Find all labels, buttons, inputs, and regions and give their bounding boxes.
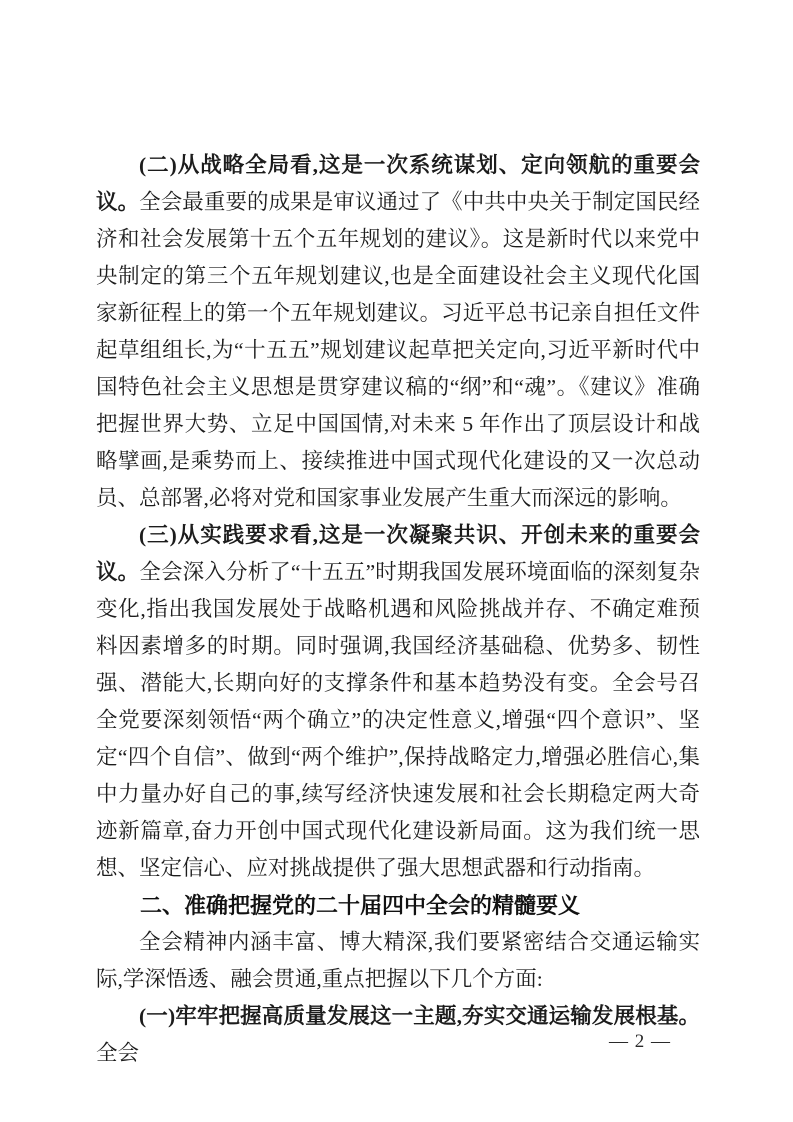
document-body: (二)从战略全局看,这是一次系统谋划、定向领航的重要会议。全会最重要的成果是审议… [96,147,700,1072]
document-page: (二)从战略全局看,这是一次系统谋划、定向领航的重要会议。全会最重要的成果是审议… [0,0,793,1122]
paragraph-theme-lead: (一)牢牢把握高质量发展这一主题,夯实交通运输发展根基。 [139,1004,700,1028]
paragraph-spirit: 全会精神内涵丰富、博大精深,我们要紧密结合交通运输实际,学深悟透、融会贯通,重点… [96,924,700,998]
section-heading: 二、准确把握党的二十届四中全会的精髓要义 [96,887,700,924]
paragraph-practice-text: 全会深入分析了“十五五”时期我国发展环境面临的深刻复杂变化,指出我国发展处于战略… [96,560,700,880]
paragraph-strategic-text: 全会最重要的成果是审议通过了《中共中央关于制定国民经济和社会发展第十五个五年规划… [96,190,700,510]
paragraph-theme-text: 全会 [96,1041,139,1065]
paragraph-strategic: (二)从战略全局看,这是一次系统谋划、定向领航的重要会议。全会最重要的成果是审议… [96,147,700,517]
paragraph-practice: (三)从实践要求看,这是一次凝聚共识、开创未来的重要会议。全会深入分析了“十五五… [96,517,700,887]
page-number: — 2 — [609,1030,671,1054]
